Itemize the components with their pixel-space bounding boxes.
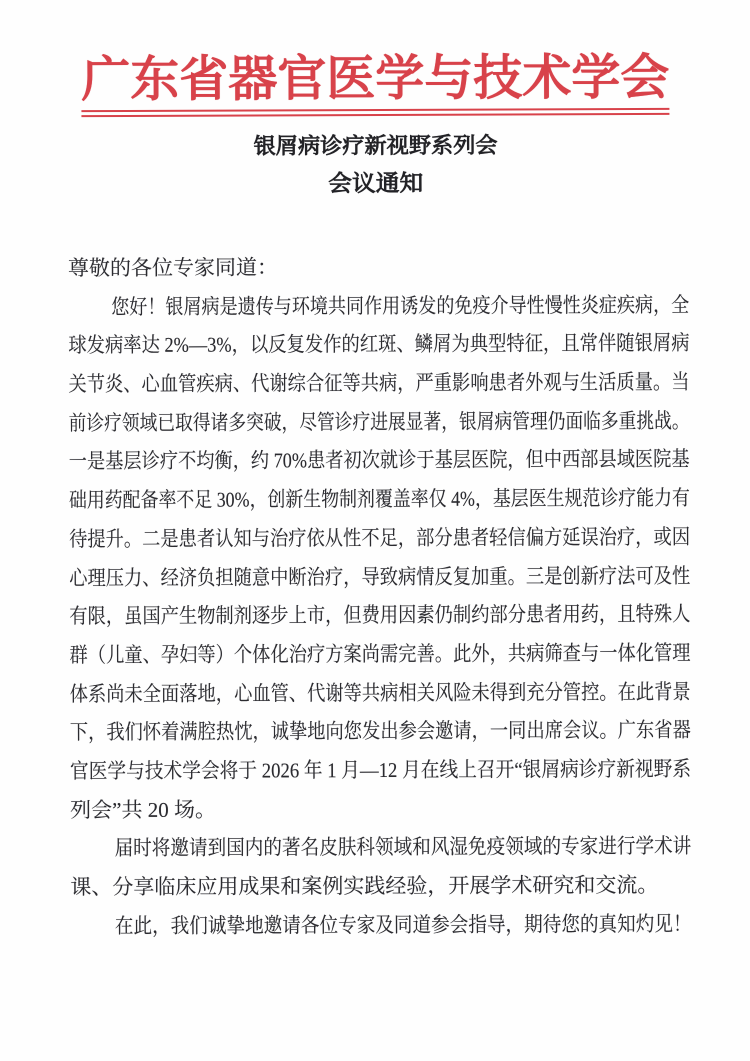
body-line: 届时将邀请到国内的著名皮肤科领域和风湿免疫领域的专家进行学术讲 [70, 827, 620, 868]
body-line: 一是基层诊疗不均衡，约 70%患者初次就诊于基层医院，但中西部县域医院基 [69, 441, 608, 482]
letterhead-double-rule [81, 108, 669, 117]
body-line: 群（儿童、孕妇等）个体化治疗方案尚需完善。此外，共病筛查与一体化管理 [69, 634, 609, 675]
body-line: 尊敬的各位专家同道： [68, 247, 689, 288]
body-line: 在此，我们诚挚地邀请各位专家及同道参会指导，期待您的真知灼见！ [70, 905, 620, 946]
body-line: 球发病率达 2%—3%，以反复发作的红斑、鳞屑为典型特征，且常伴随银屑病 [68, 324, 610, 365]
notice-title: 会议通知 [1, 170, 750, 199]
org-letterhead-text: 广东省器官医学与技术学会 [81, 51, 669, 106]
notice-title-text: 会议通知 [328, 171, 423, 197]
body-line: 体系尚未全面落地，心血管、代谢等共病相关风险未得到充分管控。在此背景 [70, 673, 610, 714]
body-line: 关节炎、心血管疾病、代谢综合征等共病，严重影响患者外观与生活质量。当 [68, 363, 608, 404]
body-line: 课、分享临床应用成果和案例实践经验，开展学术研究和交流。 [70, 866, 691, 907]
scanned-letter-page: 广东省器官医学与技术学会 银屑病诊疗新视野系列会 会议通知 尊敬的各位专家同道：… [0, 0, 750, 1061]
body-line: 有限，虽国产生物制剂逐步上市，但费用因素仍制约部分患者用药，且特殊人 [69, 595, 609, 636]
series-title: 银屑病诊疗新视野系列会 [1, 132, 750, 160]
body-line: 列会”共 20 场。 [70, 788, 691, 829]
body-line: 心理压力、经济负担随意中断治疗，导致病情反复加重。三是创新疗法可及性 [69, 557, 609, 598]
body-line: 础用药配备率不足 30%，创新生物制剂覆盖率仅 4%，基层医生规范诊疗能力有 [69, 479, 599, 520]
body-line: 下，我们怀着满腔热忱，诚挚地向您发出参会邀请，一同出席会议。广东省器 [70, 711, 610, 752]
body-line: 您好！银屑病是遗传与环境共同作用诱发的免疫介导性慢性炎症疾病，全 [68, 286, 602, 327]
body-line: 前诊疗领域已取得诸多突破，尽管诊疗进展显著，银屑病管理仍面临多重挑战。 [69, 402, 594, 443]
letter-body: 尊敬的各位专家同道：您好！银屑病是遗传与环境共同作用诱发的免疫介导性慢性炎症疾病… [68, 247, 692, 946]
body-line: 待提升。二是患者认知与治疗依从性不足，部分患者轻信偏方延误治疗，或因 [69, 518, 609, 559]
letter-content: 广东省器官医学与技术学会 银屑病诊疗新视野系列会 会议通知 尊敬的各位专家同道：… [0, 0, 750, 946]
series-title-text: 银屑病诊疗新视野系列会 [253, 133, 497, 159]
body-line: 官医学与技术学会将于 2026 年 1 月—12 月在线上召开“银屑病诊疗新视野… [70, 750, 623, 791]
org-letterhead-title: 广东省器官医学与技术学会 [0, 51, 750, 107]
